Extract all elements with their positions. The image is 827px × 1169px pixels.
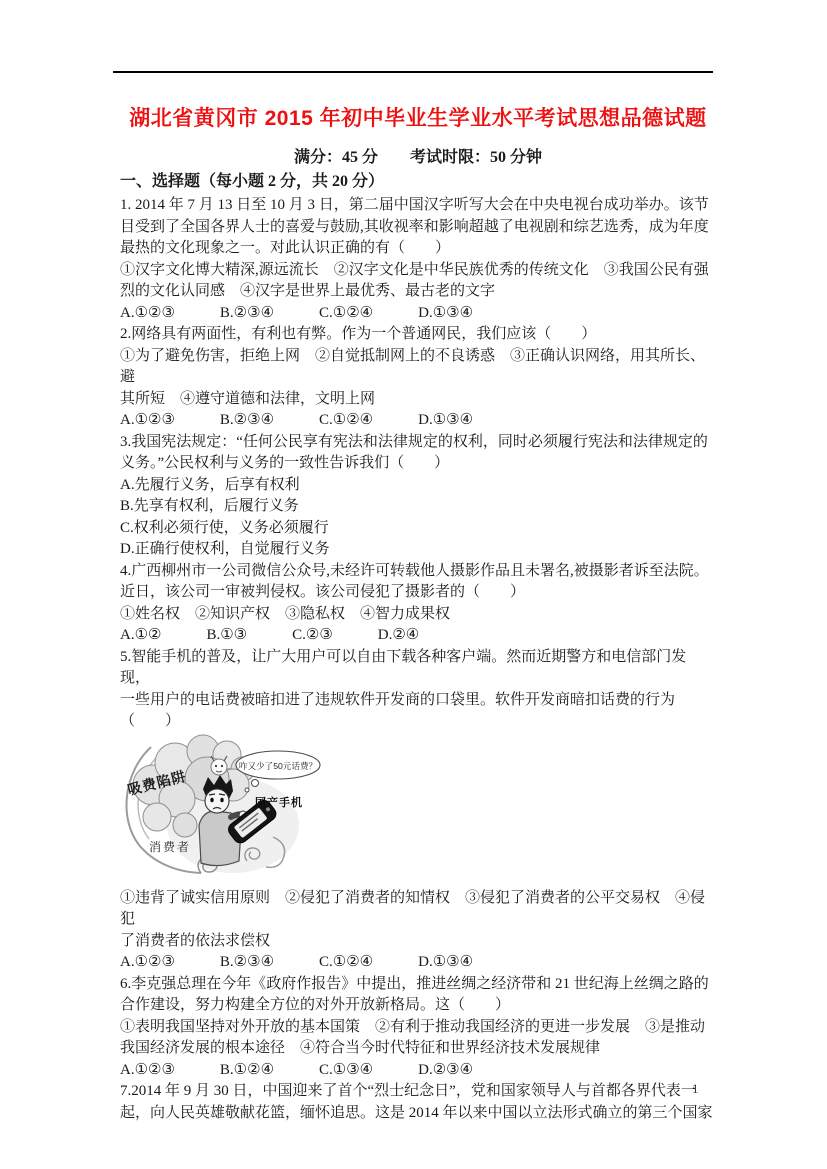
question-2: 2.网络具有两面性，有利也有弊。作为一个普通网民，我们应该（ ） ①为了避免伤害… (120, 324, 716, 432)
question-5-cartoon: 吸费陷阱 (115, 733, 373, 885)
question-5-intro: 5.智能手机的普及，让广大用户可以自由下载各种客户端。然而近期警方和电信部门发现… (120, 647, 716, 733)
question-1: 1. 2014 年 7 月 13 日至 10 月 3 日，第二届中国汉字听写大会… (120, 195, 716, 324)
consumer-label: 消费者 (149, 839, 191, 854)
question-5-options: ①违背了诚实信用原则 ②侵犯了消费者的知情权 ③侵犯了消费者的公平交易权 ④侵犯… (120, 888, 716, 974)
question-7: 7.2014 年 9 月 30 日，中国迎来了首个“烈士纪念日”，党和国家领导人… (120, 1081, 716, 1124)
header-rule (113, 71, 713, 73)
section-heading: 一、选择题（每小题 2 分，共 20 分） (120, 171, 716, 193)
exam-paper-page: 湖北省黄冈市 2015 年初中毕业生学业水平考试思想品德试题 满分：45 分 考… (0, 0, 827, 1169)
paper-content: 湖北省黄冈市 2015 年初中毕业生学业水平考试思想品德试题 满分：45 分 考… (120, 104, 716, 1124)
question-6: 6.李克强总理在今年《政府作报告》中提出，推进丝绸之经济带和 21 世纪海上丝绸… (120, 974, 716, 1082)
thought-bubble-text: 咋又少了50元话费？ (239, 760, 317, 771)
question-3: 3.我国宪法规定：“任何公民享有宪法和法律规定的权利，同时必须履行宪法和法律规定… (120, 432, 716, 561)
imp-face (211, 759, 227, 775)
question-4: 4.广西柳州市一公司微信公众号,未经许可转载他人摄影作品且未署名,被摄影者诉至法… (120, 561, 716, 647)
score-info-line: 满分：45 分 考试时限：50 分钟 (120, 147, 716, 169)
page-number: 1 (692, 1081, 699, 1097)
phone-label: 国产手机 (255, 795, 303, 809)
page-title: 湖北省黄冈市 2015 年初中毕业生学业水平考试思想品德试题 (120, 104, 716, 134)
